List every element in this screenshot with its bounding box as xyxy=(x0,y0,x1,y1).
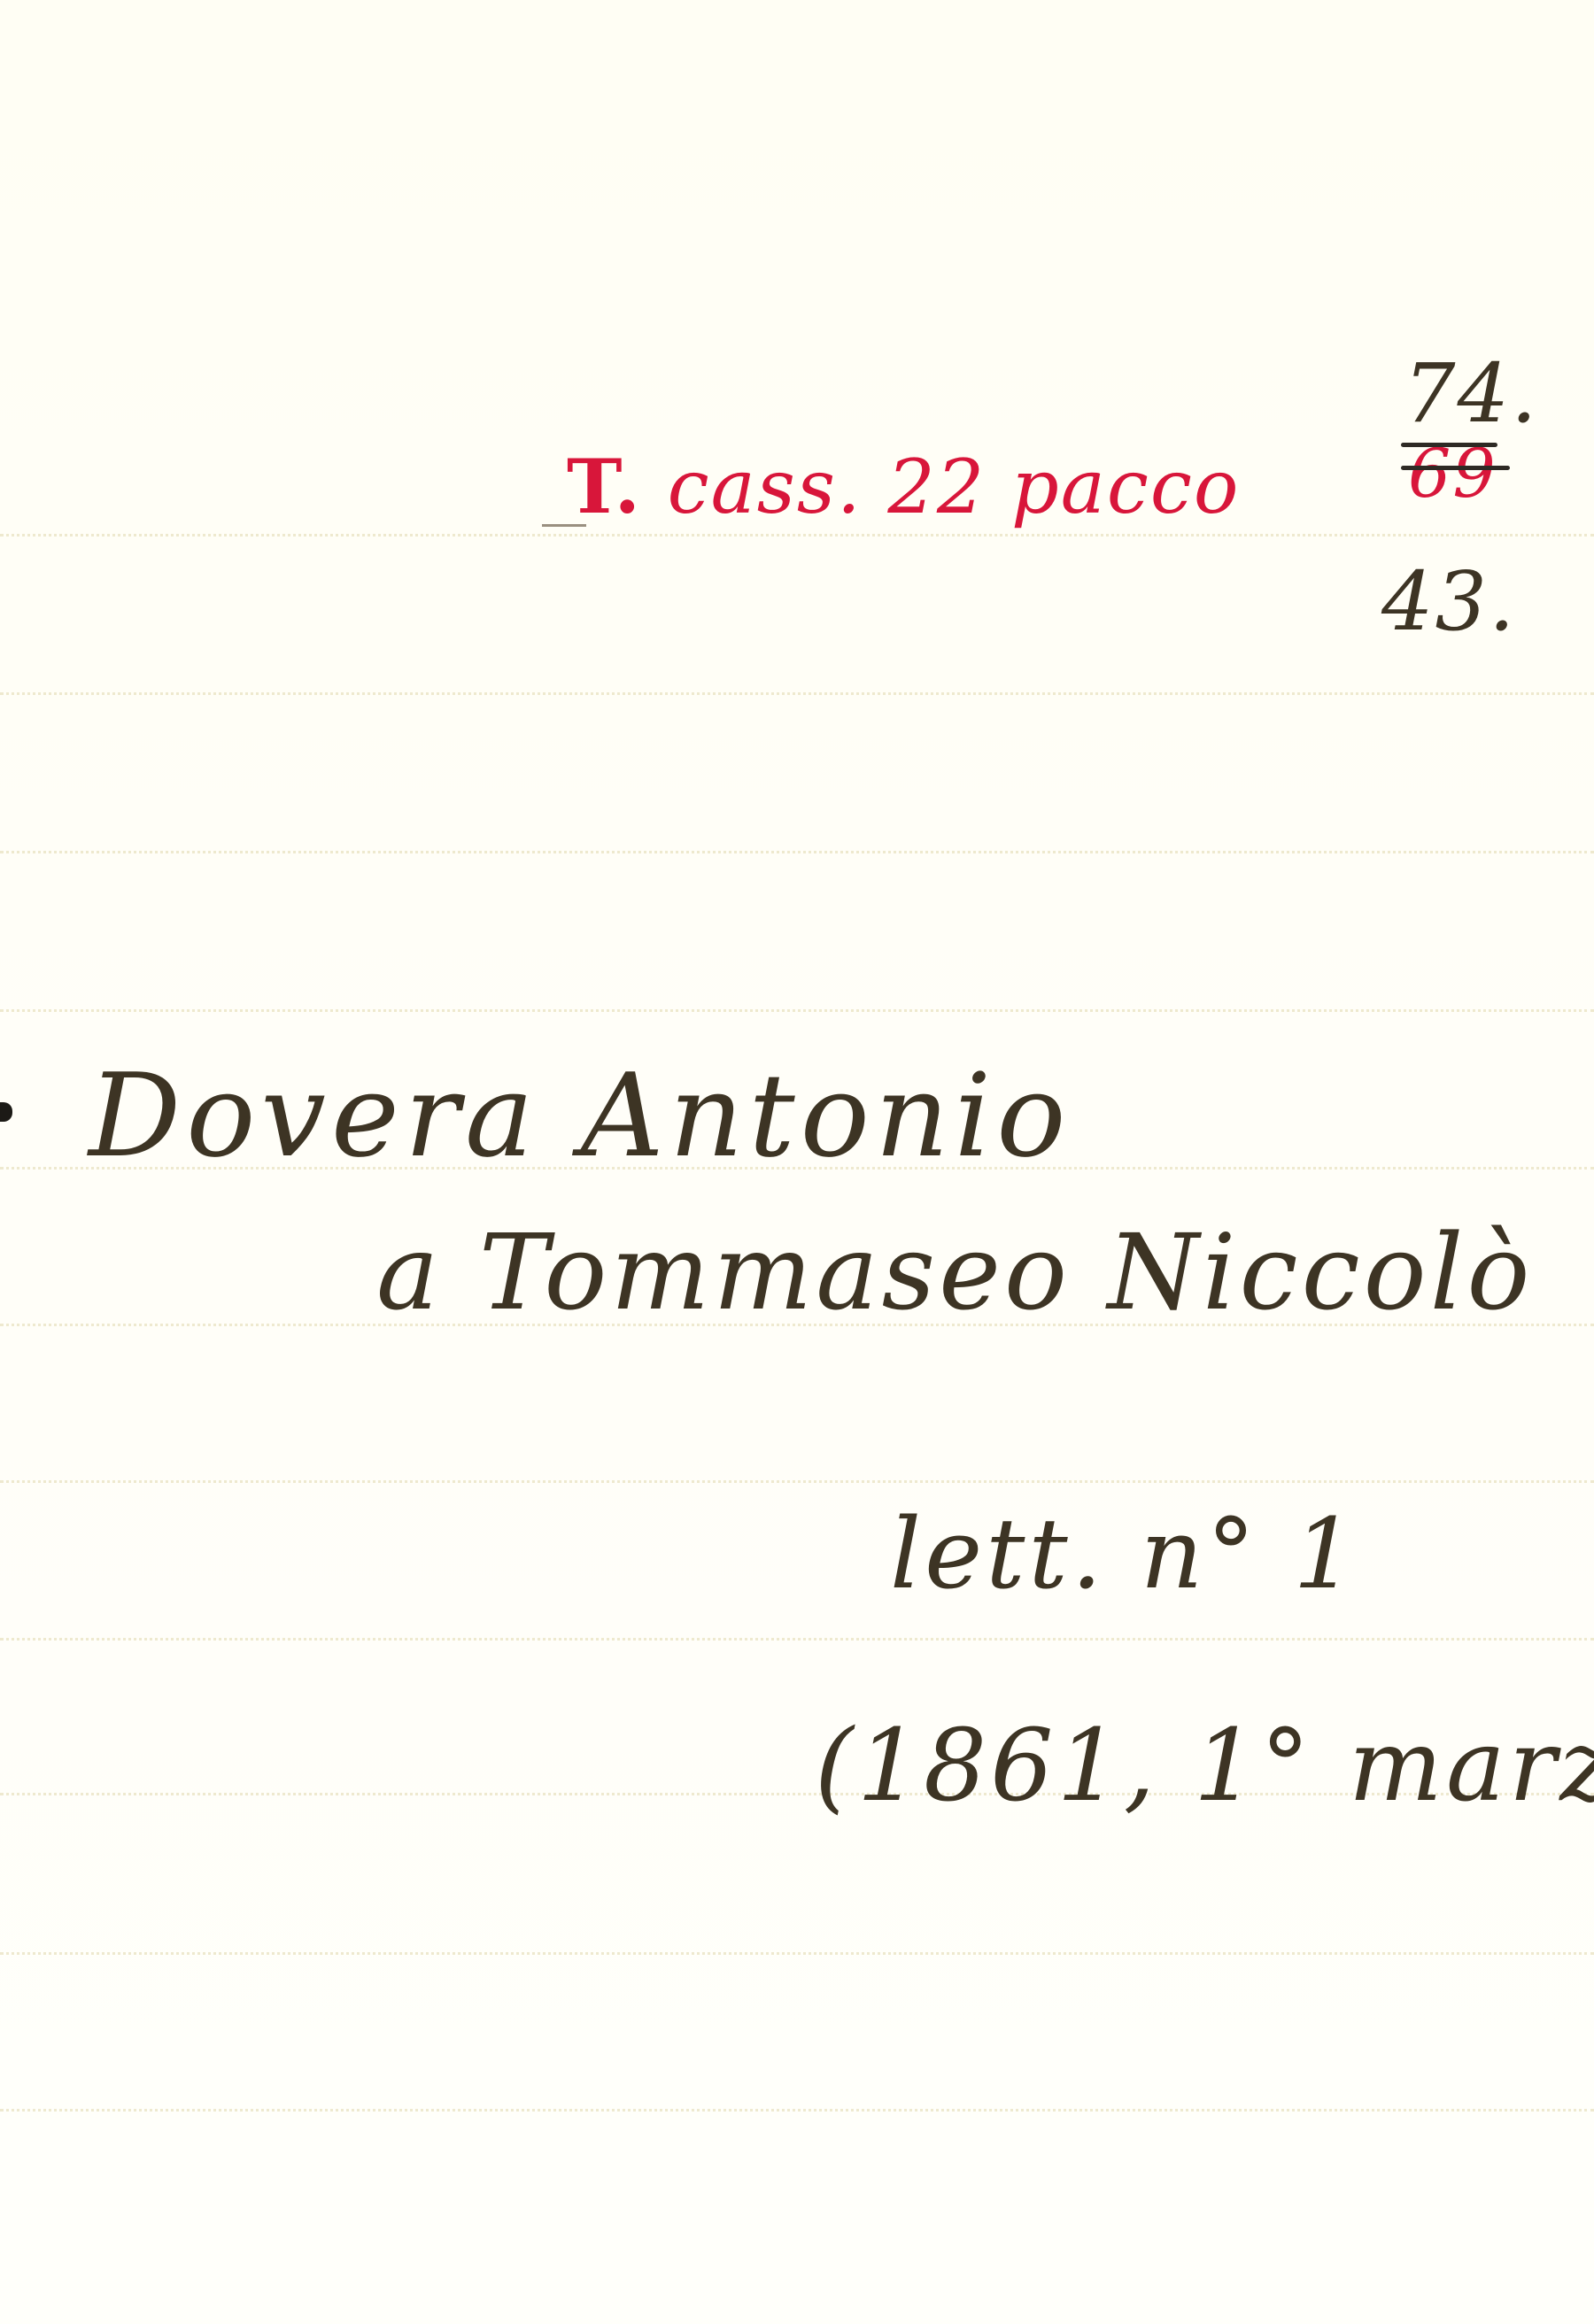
ruled-line xyxy=(0,1480,1594,1483)
shelfmark-label: T. cass. 22 pacco xyxy=(567,443,1240,531)
ruled-line xyxy=(0,692,1594,695)
shelfmark-text: cass. 22 pacco xyxy=(668,444,1241,530)
shelfmark-number-struck: 69 xyxy=(1408,438,1497,509)
shelfmark-number-bottom: 43. xyxy=(1381,558,1516,646)
shelfmark-prefix: T. xyxy=(567,443,642,530)
letter-date: (1861, 1° marzo) xyxy=(815,1704,1594,1828)
recipient-name: a Tommaseo Niccolò xyxy=(376,1213,1534,1332)
ruled-line xyxy=(0,1638,1594,1641)
ruled-line xyxy=(0,851,1594,853)
author-name: Dovera Antonio xyxy=(89,1049,1072,1182)
struck-number: 69 xyxy=(1408,434,1497,513)
ruled-line xyxy=(0,1952,1594,1955)
ruled-line xyxy=(0,534,1594,537)
archival-card: T. cass. 22 pacco 74. 69 43. Dovera Anto… xyxy=(0,0,1594,2324)
item-number: lett. n° 1 xyxy=(890,1496,1358,1611)
shelfmark-number-top: 74. xyxy=(1404,350,1538,438)
ruled-line xyxy=(0,2109,1594,2112)
ruled-line xyxy=(0,1009,1594,1012)
edge-ink-mark xyxy=(0,1102,12,1122)
